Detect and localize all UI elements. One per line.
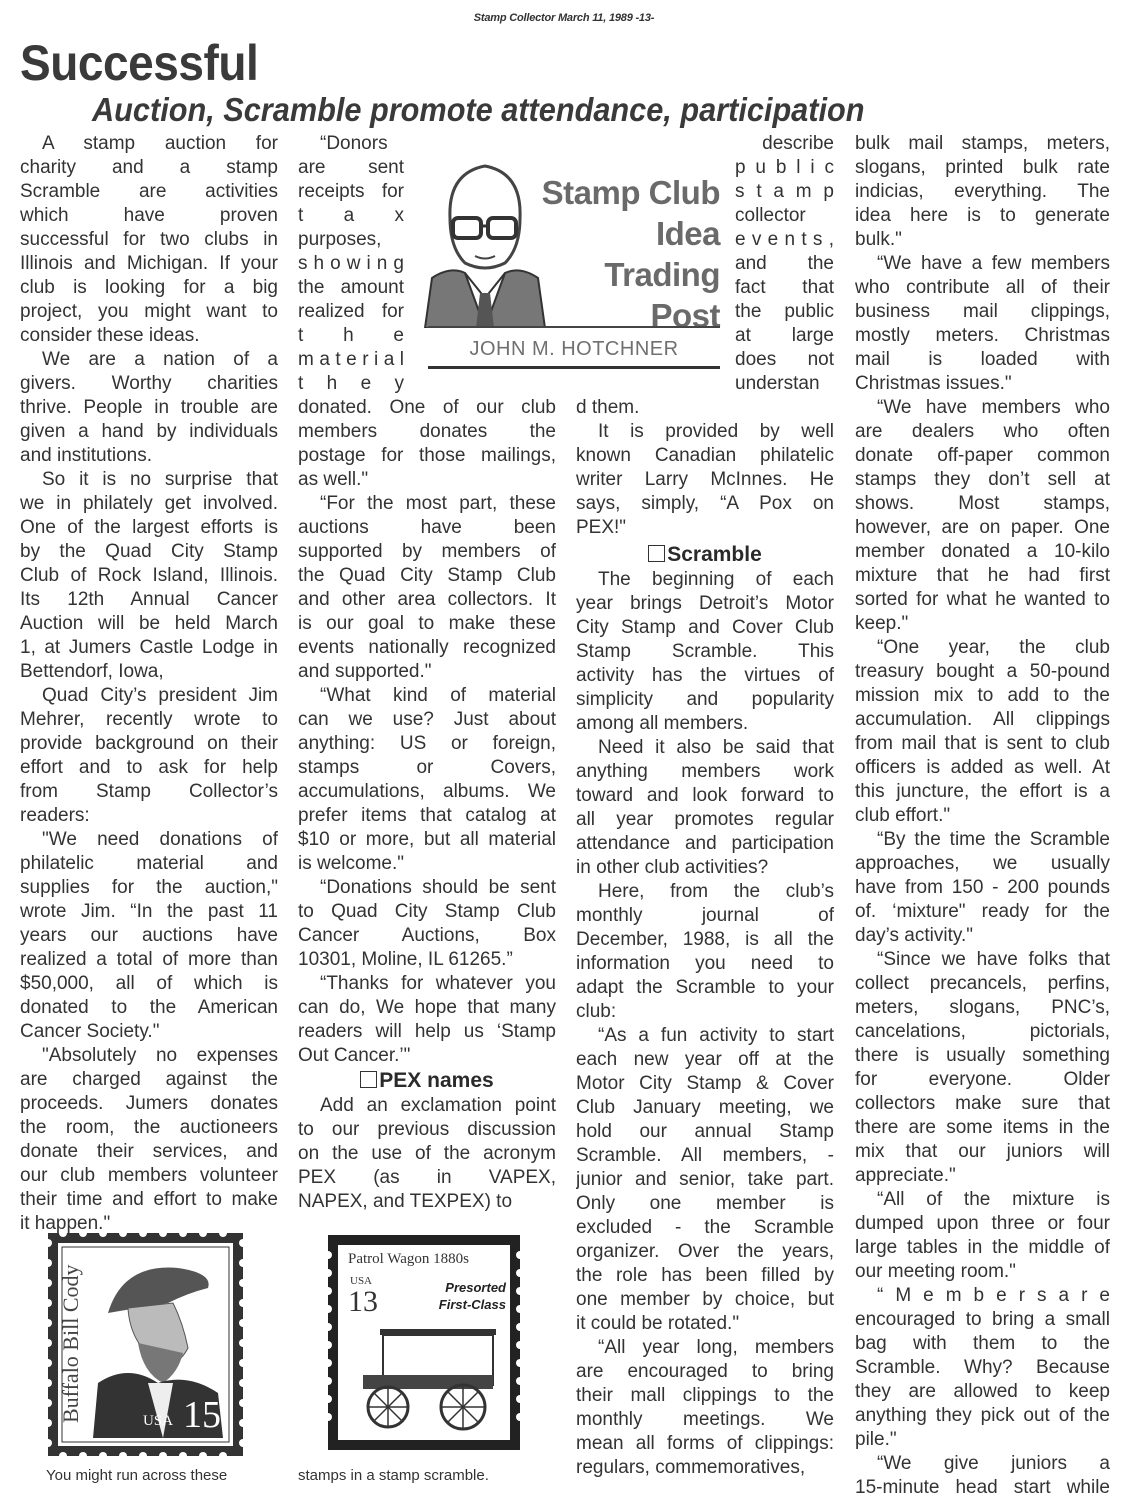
text-line: p u b l i c	[735, 156, 834, 180]
text-line: can we use? Just about	[298, 708, 556, 732]
text-line: hold our annual Stamp	[576, 1120, 834, 1144]
text-line: indicias, everything. The	[855, 180, 1110, 204]
text-line: dumped upon three or four	[855, 1212, 1110, 1236]
text-line: $10 or more, but all material	[298, 828, 556, 852]
author-byline: JOHN M. HOTCHNER	[428, 338, 720, 361]
text-line: consider these ideas.	[20, 324, 278, 348]
text-line: events nationally recognized	[298, 636, 556, 660]
text-line: the role has been filled by	[576, 1264, 834, 1288]
stamp-patrol-wagon: Patrol Wagon 1880s USA 13 Presorted Firs…	[328, 1235, 520, 1450]
text-line: donated to the American	[20, 996, 278, 1020]
column-3-narrow: describep u b l i cs t a m pcollectore v…	[735, 132, 834, 396]
divider	[428, 326, 720, 328]
text-line: “All of the mixture is	[855, 1188, 1110, 1212]
text-line: are encouraged to bring	[576, 1360, 834, 1384]
text-line: toward and look forward to	[576, 784, 834, 808]
text-line: Scramble. All members, -	[576, 1144, 834, 1168]
text-line: says, simply, “A Pox on	[576, 492, 834, 516]
text-line: the amount	[298, 276, 404, 300]
text-line: can do, We hope that many	[298, 996, 556, 1020]
text-line: City Stamp and Cover Club	[576, 616, 834, 640]
text-line: anything they pick out of the	[855, 1404, 1110, 1428]
text-line: adapt the Scramble to your	[576, 976, 834, 1000]
text-line: “ M e m b e r s a r e	[855, 1284, 1110, 1308]
text-line: and institutions.	[20, 444, 278, 468]
text-line: bag with them to the	[855, 1332, 1110, 1356]
text-line: “We give juniors a	[855, 1452, 1110, 1476]
column-3-scramble-body: The beginning of eachyear brings Detroit…	[576, 568, 834, 1480]
text-line: given a hand by individuals	[20, 420, 278, 444]
text-line: bulk mail stamps, meters,	[855, 132, 1110, 156]
logo-title: Stamp Club Idea Trading Post	[542, 172, 720, 336]
text-line: fact that	[735, 276, 834, 300]
text-line: successful for two clubs in	[20, 228, 278, 252]
text-line: s h o w i n g	[298, 252, 404, 276]
checkbox-square-icon	[360, 1071, 377, 1088]
text-line: "We need donations of	[20, 828, 278, 852]
text-line: mixture that he had first	[855, 564, 1110, 588]
text-line: are sent	[298, 156, 404, 180]
text-line: charity and a stamp	[20, 156, 278, 180]
text-line: which have proven	[20, 204, 278, 228]
text-line: A stamp auction for	[20, 132, 278, 156]
text-line: of. ‘mixture" ready for the	[855, 900, 1110, 924]
column-1: A stamp auction forcharity and a stampSc…	[20, 132, 278, 1236]
section-heading-pex-names: PEX names	[298, 1068, 556, 1094]
text-line: and supported."	[298, 660, 556, 684]
text-line: donate off-paper common	[855, 444, 1110, 468]
text-line: who contribute all of their	[855, 276, 1110, 300]
text-line: accumulation. All clippings	[855, 708, 1110, 732]
column-4: bulk mail stamps, meters,slogans, printe…	[855, 132, 1110, 1500]
text-line: there are some items in the	[855, 1116, 1110, 1140]
photo-caption-left: You might run across these	[46, 1467, 227, 1484]
text-line: large tables in the middle of	[855, 1236, 1110, 1260]
text-line: our club members volunteer	[20, 1164, 278, 1188]
text-line: treasury bought a 50-pound	[855, 660, 1110, 684]
text-line: Illinois and Michigan. If your	[20, 252, 278, 276]
text-line: t h e y	[298, 372, 404, 396]
text-line: philatelic material and	[20, 852, 278, 876]
text-line: “Donors	[298, 132, 404, 156]
text-line: it could be rotated."	[576, 1312, 834, 1336]
text-line: Club January meeting, we	[576, 1096, 834, 1120]
text-line: the room, the auctioneers	[20, 1116, 278, 1140]
text-line: information you need to	[576, 952, 834, 976]
text-line: bulk."	[855, 228, 1110, 252]
stamp-denomination: 15	[183, 1393, 221, 1437]
column-2-pex-body: Add an exclamation pointto our previous …	[298, 1094, 556, 1214]
text-line: monthly journal of	[576, 904, 834, 928]
text-line: the public	[735, 300, 834, 324]
text-line: realized a total of more than	[20, 948, 278, 972]
text-line: attendance and participation	[576, 832, 834, 856]
text-line: readers will help us ‘Stamp	[298, 1020, 556, 1044]
text-line: approaches, we usually	[855, 852, 1110, 876]
text-line: collectors make sure that	[855, 1092, 1110, 1116]
text-line: have from 150 - 200 pounds	[855, 876, 1110, 900]
text-line: by the Quad City Stamp	[20, 540, 278, 564]
text-line: mostly meters. Christmas	[855, 324, 1110, 348]
text-line: Scramble are activities	[20, 180, 278, 204]
text-line: collector	[735, 204, 834, 228]
divider	[428, 366, 720, 369]
text-line: all year promotes regular	[576, 808, 834, 832]
stamp-overprint: Presorted First-Class	[439, 1279, 506, 1313]
text-line: “What kind of material	[298, 684, 556, 708]
text-line: shows. Most stamps,	[855, 492, 1110, 516]
text-line: among all members.	[576, 712, 834, 736]
text-line: from Stamp Collector’s	[20, 780, 278, 804]
text-line: junior and senior, take part.	[576, 1168, 834, 1192]
text-line: Need it also be said that	[576, 736, 834, 760]
text-line: t h e	[298, 324, 404, 348]
text-line: s t a m p	[735, 180, 834, 204]
text-line: Here, from the club’s	[576, 880, 834, 904]
text-line: Motor City Stamp & Cover	[576, 1072, 834, 1096]
text-line: PEX!"	[576, 516, 834, 540]
text-line: “Since we have folks that	[855, 948, 1110, 972]
text-line: officers is added as well. At	[855, 756, 1110, 780]
text-line: however, are on paper. One	[855, 516, 1110, 540]
text-line: encouraged to bring a small	[855, 1308, 1110, 1332]
text-line: describe	[735, 132, 834, 156]
man-with-glasses-portrait-icon	[420, 148, 550, 328]
text-line: Add an exclamation point	[298, 1094, 556, 1118]
text-line: e v e n t s ,	[735, 228, 834, 252]
text-line: auctions have been	[298, 516, 556, 540]
stamp-buffalo-bill-cody: Buffalo Bill Cody USA 15	[48, 1233, 243, 1456]
stamp-country: USA	[143, 1413, 173, 1430]
subheadline: Auction, Scramble promote attendance, pa…	[92, 91, 864, 129]
text-line: simplicity and popularity	[576, 688, 834, 712]
text-line: is welcome."	[298, 852, 556, 876]
text-line: and other area collectors. It	[298, 588, 556, 612]
stamp-denomination: 13	[348, 1285, 378, 1319]
text-line: club effort."	[855, 804, 1110, 828]
section-heading-scramble: Scramble	[576, 542, 834, 568]
text-line: The beginning of each	[576, 568, 834, 592]
text-line: for everyone. Older	[855, 1068, 1110, 1092]
text-line: December, 1988, is all the	[576, 928, 834, 952]
text-line: thrive. People in trouble are	[20, 396, 278, 420]
text-line: “We have members who	[855, 396, 1110, 420]
text-line: prefer items that catalog at	[298, 804, 556, 828]
running-head: Stamp Collector March 11, 1989 -13-	[0, 12, 1128, 24]
text-line: slogans, printed bulk rate	[855, 156, 1110, 180]
text-line: and the	[735, 252, 834, 276]
text-line: appreciate."	[855, 1164, 1110, 1188]
text-line: 15-minute head start while	[855, 1476, 1110, 1500]
headline: Successful	[20, 34, 258, 92]
text-line: on the use of the acronym	[298, 1142, 556, 1166]
stamp-vertical-label: Buffalo Bill Cody	[58, 1265, 84, 1424]
text-line: at large	[735, 324, 834, 348]
text-line: understan	[735, 372, 834, 396]
column-3-body: d them.It is provided by wellknown Canad…	[576, 396, 834, 540]
text-line: the Quad City Stamp Club	[298, 564, 556, 588]
text-line: Mehrer, recently wrote to	[20, 708, 278, 732]
text-line: donate their services, and	[20, 1140, 278, 1164]
text-line: effort and to ask for help	[20, 756, 278, 780]
text-line: years our auctions have	[20, 924, 278, 948]
text-line: monthly meetings. We	[576, 1408, 834, 1432]
column-2-narrow: “Donorsare sentreceipts fort a xpurposes…	[298, 132, 404, 396]
text-line: donated. One of our club	[298, 396, 556, 420]
text-line: anything members work	[576, 760, 834, 784]
text-line: from mail that is sent to club	[855, 732, 1110, 756]
column-2: donated. One of our clubmembers donates …	[298, 396, 556, 1214]
text-line: t a x	[298, 204, 404, 228]
text-line: PEX (as in VAPEX,	[298, 1166, 556, 1190]
text-line: does not	[735, 348, 834, 372]
text-line: mix that our juniors will	[855, 1140, 1110, 1164]
text-line: pile."	[855, 1428, 1110, 1452]
text-line: Auction will be held March	[20, 612, 278, 636]
text-line: club:	[576, 1000, 834, 1024]
photo-caption-right: stamps in a stamp scramble.	[298, 1467, 489, 1484]
text-line: to Quad City Stamp Club	[298, 900, 556, 924]
text-line: project, you might want to	[20, 300, 278, 324]
text-line: It is provided by well	[576, 420, 834, 444]
text-line: sorted for what he wanted to	[855, 588, 1110, 612]
text-line: “Thanks for whatever you	[298, 972, 556, 996]
text-line: Cancer Auctions, Box	[298, 924, 556, 948]
text-line: members donates the	[298, 420, 556, 444]
text-line: Quad City’s president Jim	[20, 684, 278, 708]
text-line: this juncture, the effort is a	[855, 780, 1110, 804]
text-line: each new year off at the	[576, 1048, 834, 1072]
text-line: realized for	[298, 300, 404, 324]
text-line: Club of Rock Island, Illinois.	[20, 564, 278, 588]
text-line: idea here is to generate	[855, 204, 1110, 228]
text-line: their mall clippings to the	[576, 1384, 834, 1408]
text-line: “All year long, members	[576, 1336, 834, 1360]
text-line: their time and effort to make	[20, 1188, 278, 1212]
text-line: givers. Worthy charities	[20, 372, 278, 396]
text-line: supplies for the auction,"	[20, 876, 278, 900]
text-line: Its 12th Annual Cancer	[20, 588, 278, 612]
text-line: $50,000, all of which is	[20, 972, 278, 996]
text-line: club is looking for a big	[20, 276, 278, 300]
text-line: stamps they don’t sell at	[855, 468, 1110, 492]
text-line: accumulations, albums. We	[298, 780, 556, 804]
stamp-title: Patrol Wagon 1880s	[348, 1251, 469, 1268]
text-line: Bettendorf, Iowa,	[20, 660, 278, 684]
text-line: our meeting room."	[855, 1260, 1110, 1284]
text-line: Only one member is	[576, 1192, 834, 1216]
text-line: postage for those mailings,	[298, 444, 556, 468]
text-line: Cancer Society."	[20, 1020, 278, 1044]
text-line: 10301, Moline, IL 61265.”	[298, 948, 556, 972]
text-line: member donated a 10-kilo	[855, 540, 1110, 564]
text-line: organizer. Over the years,	[576, 1240, 834, 1264]
text-line: m a t e r i a l	[298, 348, 404, 372]
text-line: Scramble. Why? Because	[855, 1356, 1110, 1380]
text-line: business mail clippings,	[855, 300, 1110, 324]
text-line: d them.	[576, 396, 834, 420]
column-2-body: donated. One of our clubmembers donates …	[298, 396, 556, 1068]
checkbox-square-icon	[648, 545, 665, 562]
text-line: anything: US or foreign,	[298, 732, 556, 756]
text-line: “We have a few members	[855, 252, 1110, 276]
text-line: stamps or Covers,	[298, 756, 556, 780]
text-line: proceeds. Jumers donates	[20, 1092, 278, 1116]
text-line: NAPEX, and TEXPEX) to	[298, 1190, 556, 1214]
text-line: Out Cancer.’"	[298, 1044, 556, 1068]
text-line: to our previous discussion	[298, 1118, 556, 1142]
text-line: One of the largest efforts is	[20, 516, 278, 540]
text-line: “For the most part, these	[298, 492, 556, 516]
text-line: we in philately get involved.	[20, 492, 278, 516]
text-line: excluded - the Scramble	[576, 1216, 834, 1240]
text-line: provide background on their	[20, 732, 278, 756]
text-line: known Canadian philatelic	[576, 444, 834, 468]
text-line: cancelations, pictorials,	[855, 1020, 1110, 1044]
text-line: there is usually something	[855, 1044, 1110, 1068]
text-line: “Donations should be sent	[298, 876, 556, 900]
column-3: d them.It is provided by wellknown Canad…	[576, 396, 834, 1480]
text-line: is our goal to make these	[298, 612, 556, 636]
text-line: meters, slogans, PNC’s,	[855, 996, 1110, 1020]
text-line: "Absolutely no expenses	[20, 1044, 278, 1068]
text-line: receipts for	[298, 180, 404, 204]
text-line: regulars, commemoratives,	[576, 1456, 834, 1480]
text-line: year brings Detroit’s Motor	[576, 592, 834, 616]
text-line: activity has the virtues of	[576, 664, 834, 688]
text-line: they are allowed to keep	[855, 1380, 1110, 1404]
text-line: mail is loaded with	[855, 348, 1110, 372]
text-line: writer Larry McInnes. He	[576, 468, 834, 492]
text-line: day’s activity."	[855, 924, 1110, 948]
text-line: as well."	[298, 468, 556, 492]
text-line: are charged against the	[20, 1068, 278, 1092]
text-line: readers:	[20, 804, 278, 828]
text-line: in other club activities?	[576, 856, 834, 880]
text-line: 1, at Jumers Castle Lodge in	[20, 636, 278, 660]
text-line: “By the time the Scramble	[855, 828, 1110, 852]
text-line: supported by members of	[298, 540, 556, 564]
text-line: “As a fun activity to start	[576, 1024, 834, 1048]
text-line: are dealers who often	[855, 420, 1110, 444]
text-line: So it is no surprise that	[20, 468, 278, 492]
text-line: keep."	[855, 612, 1110, 636]
text-line: Stamp Scramble. This	[576, 640, 834, 664]
text-line: “One year, the club	[855, 636, 1110, 660]
text-line: We are a nation of a	[20, 348, 278, 372]
text-line: purposes,	[298, 228, 404, 252]
text-line: collect precancels, perfins,	[855, 972, 1110, 996]
column-logo: Stamp Club Idea Trading Post JOHN M. HOT…	[418, 148, 724, 378]
text-line: Christmas issues."	[855, 372, 1110, 396]
text-line: mission mix to add to the	[855, 684, 1110, 708]
text-line: one member by choice, but	[576, 1288, 834, 1312]
text-line: mean all forms of clippings:	[576, 1432, 834, 1456]
text-line: wrote Jim. “In the past 11	[20, 900, 278, 924]
